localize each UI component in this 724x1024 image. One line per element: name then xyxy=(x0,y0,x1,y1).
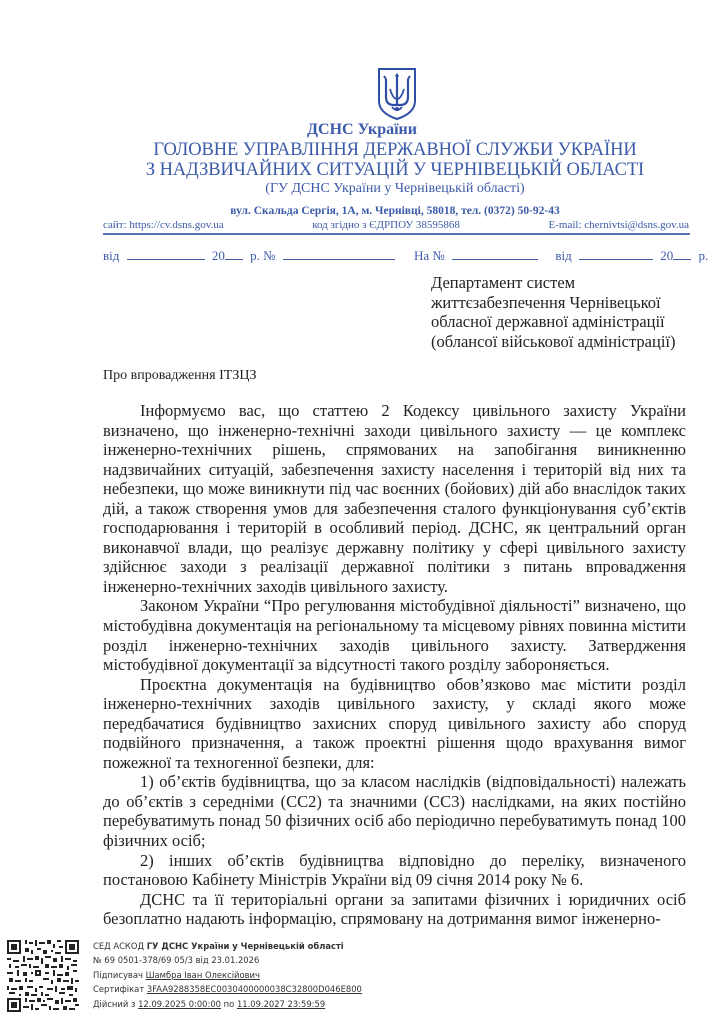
email-link[interactable]: E-mail: chernivtsi@dsns.gov.ua xyxy=(549,219,689,232)
recipient-line: Департамент систем xyxy=(431,273,711,293)
reference-blank xyxy=(452,248,538,260)
body-list-item: 1) об’єктів будівництва, що за класом на… xyxy=(103,772,686,850)
recipient-address-block: Департамент систем життєзабезпечення Чер… xyxy=(431,273,711,351)
letter-body: Інформуємо вас, що статтею 2 Кодексу цив… xyxy=(103,401,686,929)
letter-subject: Про впровадження ІТЗЦЗ xyxy=(103,368,256,384)
trident-coat-of-arms-icon xyxy=(376,67,418,121)
body-paragraph: Інформуємо вас, що статтею 2 Кодексу цив… xyxy=(103,401,686,596)
header-divider xyxy=(103,233,690,235)
org-address: вул. Скальда Сергія, 1А, м. Чернівці, 58… xyxy=(0,205,724,218)
year-suffix: р. xyxy=(698,248,708,263)
body-paragraph: Законом України “Про регулювання містобу… xyxy=(103,596,686,674)
recipient-line: життєзабезпечення Чернівецької xyxy=(431,293,711,313)
validity-line: Дійсний з 12.09.2025 0:00:00 по 11.09.20… xyxy=(93,997,362,1011)
signature-details: СЕД АСКОД ГУ ДСНС України у Чернівецькій… xyxy=(93,939,362,1011)
qr-code-icon[interactable] xyxy=(5,938,81,1014)
org-short-name: ДСНС України xyxy=(0,121,724,139)
number-label: р. № xyxy=(250,248,275,263)
org-full-name-line2: З НАДЗВИЧАЙНИХ СИТУАЦІЙ У ЧЕРНІВЕЦЬКІЙ О… xyxy=(0,160,724,180)
reference-label: На № xyxy=(414,248,445,263)
from-label: від xyxy=(103,248,119,263)
incoming-reference-field: На № від 20 р. xyxy=(414,248,708,263)
org-abbreviation: (ГУ ДСНС України у Чернівецькій області) xyxy=(0,181,724,197)
year-blank xyxy=(225,248,243,260)
date-blank xyxy=(579,248,653,260)
signer-name: Шамбра Іван Олексійович xyxy=(146,970,260,980)
number-blank xyxy=(283,248,395,260)
body-list-item: 2) інших об’єктів будівництва відповідно… xyxy=(103,851,686,890)
signature-system-line: СЕД АСКОД ГУ ДСНС України у Чернівецькій… xyxy=(93,939,362,953)
body-paragraph: Проєктна документація на будівництво обо… xyxy=(103,675,686,773)
year-prefix: 20 xyxy=(660,248,673,263)
year-prefix: 20 xyxy=(212,248,225,263)
recipient-line: (облансої військової адміністрації) xyxy=(431,332,711,352)
date-blank xyxy=(127,248,205,260)
from-label: від xyxy=(555,248,571,263)
valid-to: 11.09.2027 23:59:59 xyxy=(237,999,325,1009)
org-full-name-line1: ГОЛОВНЕ УПРАВЛІННЯ ДЕРЖАВНОЇ СЛУЖБИ УКРА… xyxy=(0,140,724,160)
signer-line: Підписувач Шамбра Іван Олексійович xyxy=(93,968,362,982)
official-letter-page: ДСНС України ГОЛОВНЕ УПРАВЛІННЯ ДЕРЖАВНО… xyxy=(0,0,724,1024)
outgoing-registration-field: від 20 р. № xyxy=(103,248,395,263)
certificate-line: Сертифікат 3FAA9288358EC0030400000038C32… xyxy=(93,982,362,996)
edrpou-code: код згідно з ЄДРПОУ 38595868 xyxy=(312,219,460,232)
signature-org: ГУ ДСНС України у Чернівецькій області xyxy=(147,941,344,951)
recipient-line: обласної державної адміністрації xyxy=(431,312,711,332)
website-link[interactable]: сайт: https://cv.dsns.gov.ua xyxy=(103,219,224,232)
electronic-signature-stamp: СЕД АСКОД ГУ ДСНС України у Чернівецькій… xyxy=(5,938,705,1016)
signature-reg-number: № 69 0501-378/69 05/3 від 23.01.2026 xyxy=(93,953,362,967)
valid-from: 12.09.2025 0:00:00 xyxy=(138,999,221,1009)
org-contacts: сайт: https://cv.dsns.gov.ua код згідно … xyxy=(103,219,689,232)
body-paragraph: ДСНС та її територіальні органи за запит… xyxy=(103,890,686,929)
certificate-id: 3FAA9288358EC0030400000038C32800D046E800 xyxy=(147,984,362,994)
year-blank xyxy=(673,248,691,260)
